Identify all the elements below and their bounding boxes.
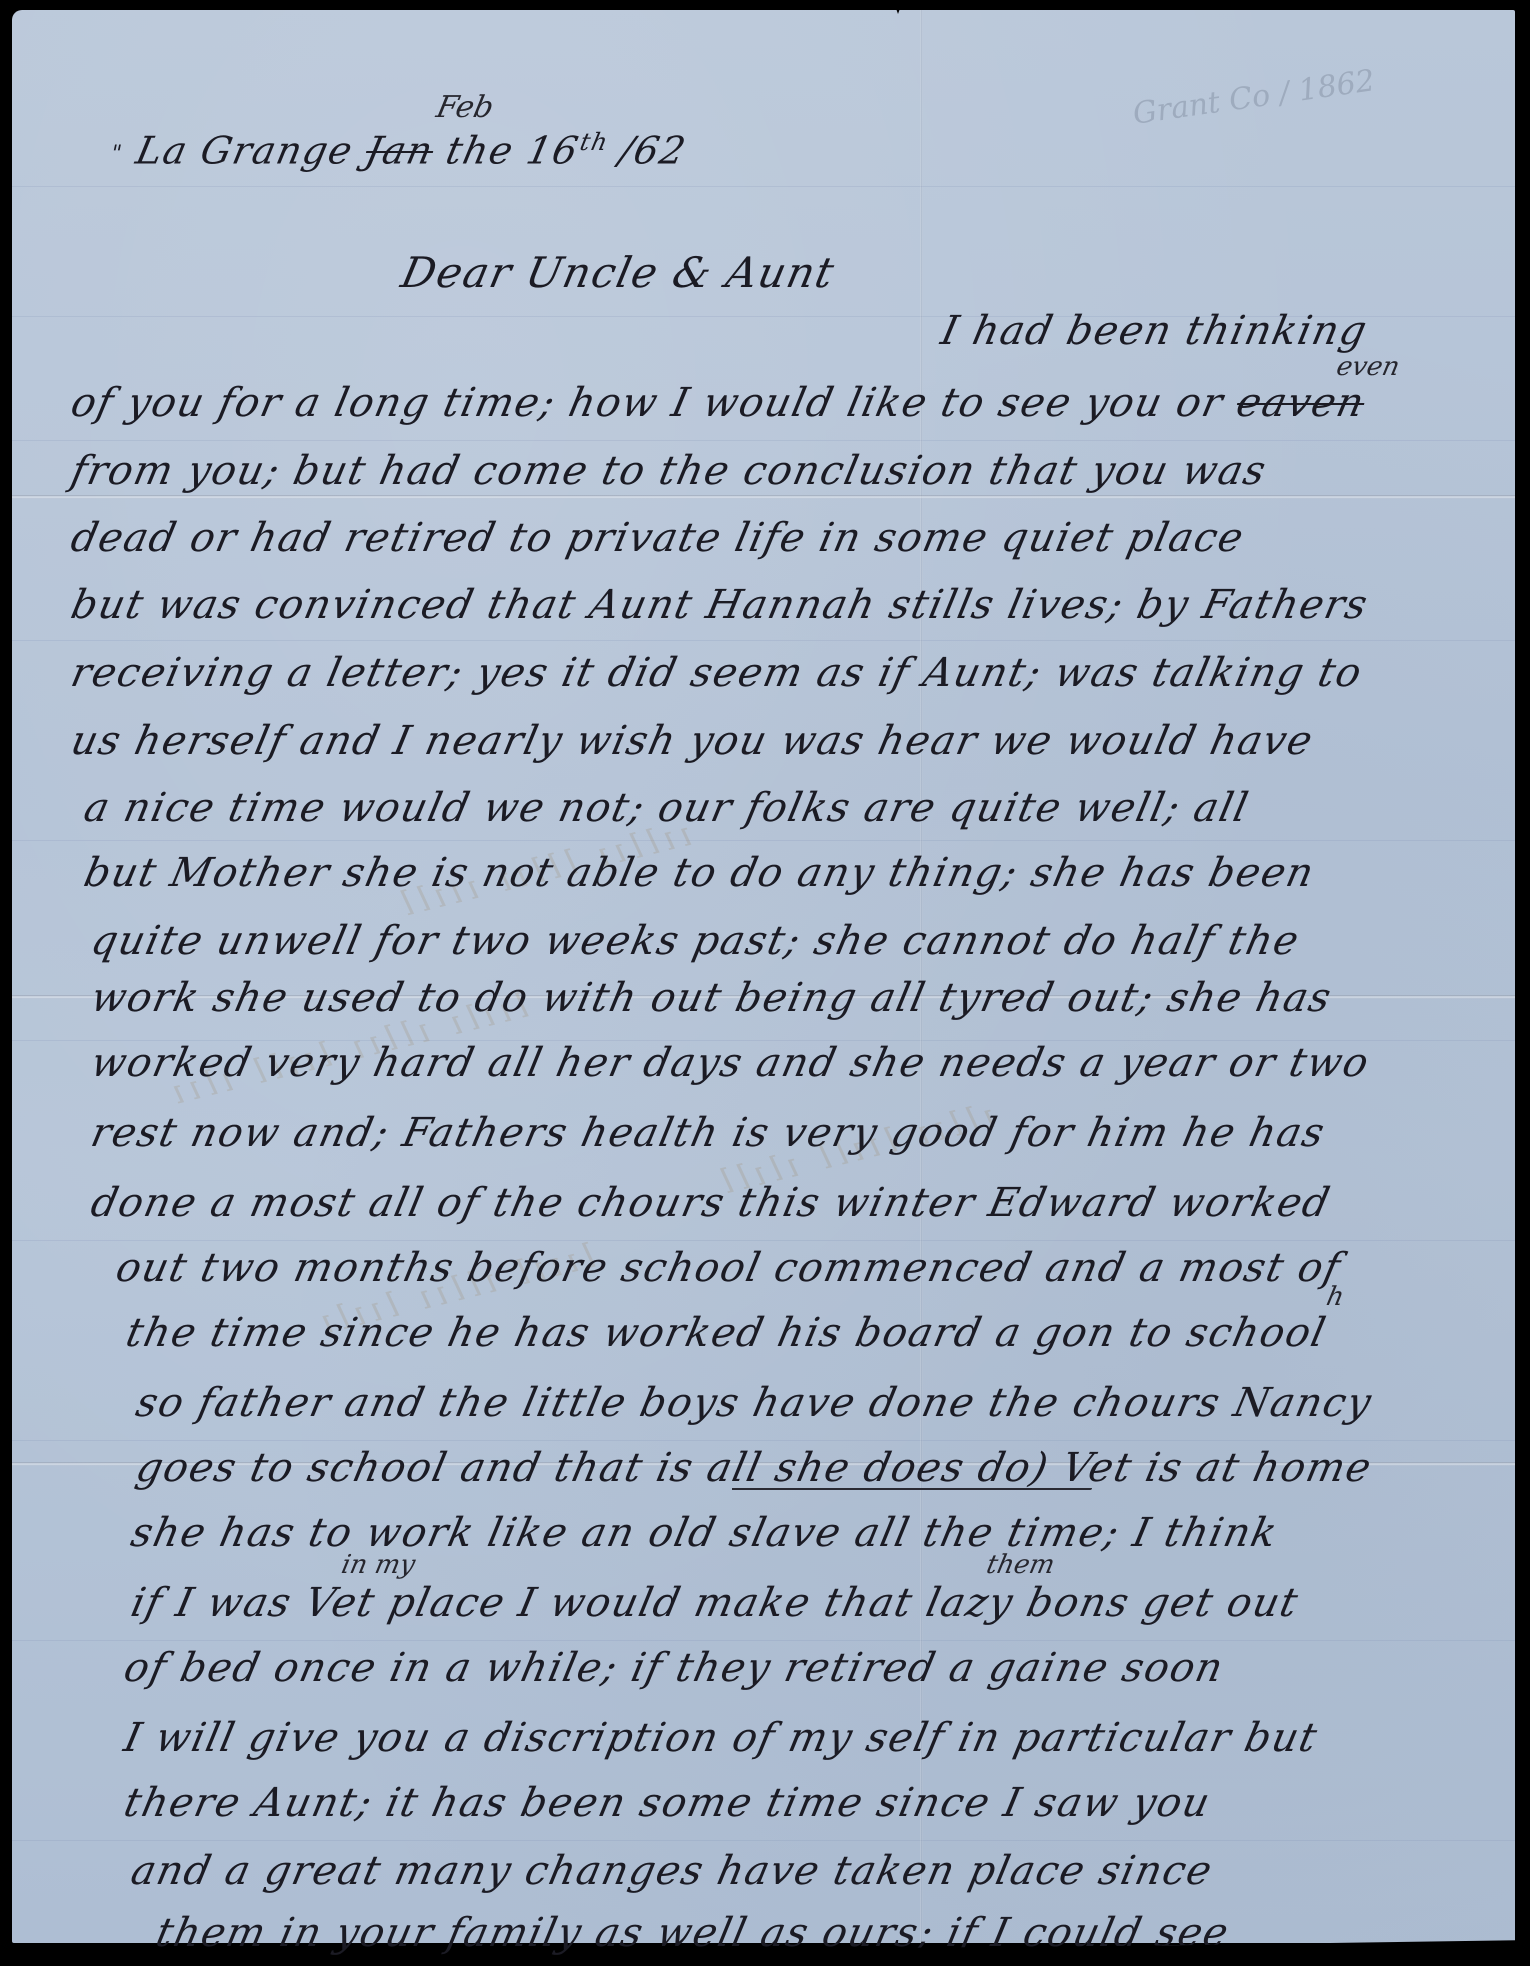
ruled-line [12,440,1515,441]
body-line-text: worked very hard all her days and she ne… [87,1040,1374,1086]
body-line-text: dead or had retired to private life in s… [67,515,1249,561]
struck-word: eaven [1232,380,1369,426]
body-line-text: but Mother she is not able to do any thi… [80,850,1319,896]
year: /62 [616,129,691,173]
day-suffix: th [577,128,611,156]
body-line-text: so father and the little boys have done … [132,1380,1376,1426]
body-line: a nice time would we not; our folks are … [80,785,1253,831]
body-line-text: out two months before school commenced a… [112,1245,1345,1291]
body-line-text: the time since he has worked his board a… [122,1310,1331,1356]
body-line: she has to work like an old slave all th… [127,1510,1282,1556]
ruled-line [12,640,1515,641]
body-line: receiving a letter; yes it did seem as i… [67,650,1367,696]
inserted-month: Feb [433,90,497,125]
ruled-line [12,186,1515,187]
opening-line: I had been thinking [937,308,1372,354]
body-line-text: she has to work like an old slave all th… [127,1510,1282,1556]
body-line-text: done a most all of the chours this winte… [87,1180,1335,1226]
body-line-text: a nice time would we not; our folks are … [80,785,1253,831]
letter-page: ııllıı lllıı ıııll lıılı ıllıı lııll ılı… [12,10,1515,1943]
ruled-line [12,1440,1515,1441]
body-line-text: and a great many changes have taken plac… [127,1848,1217,1894]
body-line: goes to school and that is all she does … [132,1445,1376,1491]
body-line-text: but was convinced that Aunt Hannah still… [67,582,1373,628]
body-line: there Aunt; it has been some time since … [120,1780,1215,1826]
inserted-word: in my [339,1550,418,1580]
ruled-line [12,1840,1515,1841]
body-line: but Mother she is not able to do any thi… [80,850,1319,896]
body-line-text: if I was Vet place I would make that laz… [127,1580,1303,1626]
body-line: from you; but had come to the conclusion… [67,448,1271,494]
salutation-text: Dear Uncle & Aunt [397,248,840,297]
body-line: rest now and; Fathers health is very goo… [87,1110,1330,1156]
body-line: if I was Vet place I would make that laz… [127,1580,1303,1626]
pencil-note: Grant Co / 1862 [1131,63,1377,132]
body-line-text: goes to school and that is all she does … [132,1445,1376,1491]
ruled-line [12,840,1515,841]
body-line-text: from you; but had come to the conclusion… [67,448,1271,494]
inserted-word: even [1334,352,1403,382]
opening-text: I had been thinking [937,308,1372,354]
day: the 16 [442,129,583,173]
body-line: and a great many changes have taken plac… [127,1848,1217,1894]
date-line: " La Grange Jan the 16th /62 [107,128,691,173]
underline-mark [732,1488,1092,1490]
inserted-word: them [984,1550,1058,1580]
body-line: of you for a long time; how I would like… [67,380,1369,426]
paper-notch [893,0,903,14]
body-line: I will give you a discription of my self… [120,1715,1322,1761]
body-line-text: quite unwell for two weeks past; she can… [87,918,1304,964]
ruled-line [12,1240,1515,1241]
body-line: work she used to do with out being all t… [87,975,1336,1021]
salutation: Dear Uncle & Aunt [397,248,840,297]
body-line-text: work she used to do with out being all t… [87,975,1336,1021]
body-line: quite unwell for two weeks past; she can… [87,918,1304,964]
pencil-note-text: Grant Co / 1862 [1131,63,1377,132]
body-line-text: I will give you a discription of my self… [120,1715,1322,1761]
body-line-text: receiving a letter; yes it did seem as i… [67,650,1367,696]
body-line: so father and the little boys have done … [132,1380,1376,1426]
body-line: out two months before school commenced a… [112,1245,1345,1291]
body-line: done a most all of the chours this winte… [87,1180,1335,1226]
body-line: worked very hard all her days and she ne… [87,1040,1374,1086]
place-name: La Grange [132,129,357,173]
struck-month: Jan [362,129,438,173]
ruled-line [12,1640,1515,1641]
horizontal-fold-crease [12,495,1515,499]
body-line: of bed once in a while; if they retired … [120,1645,1228,1691]
body-line-text: of bed once in a while; if they retired … [120,1645,1228,1691]
body-line-text: rest now and; Fathers health is very goo… [87,1110,1330,1156]
body-line: dead or had retired to private life in s… [67,515,1249,561]
body-line: but was convinced that Aunt Hannah still… [67,582,1373,628]
body-line: the time since he has worked his board a… [122,1310,1331,1356]
body-line-text: there Aunt; it has been some time since … [120,1780,1215,1826]
body-line-text: of you for a long time; how I would like… [67,380,1228,426]
body-line-text: us herself and I nearly wish you was hea… [67,718,1318,764]
body-line: us herself and I nearly wish you was hea… [67,718,1318,764]
